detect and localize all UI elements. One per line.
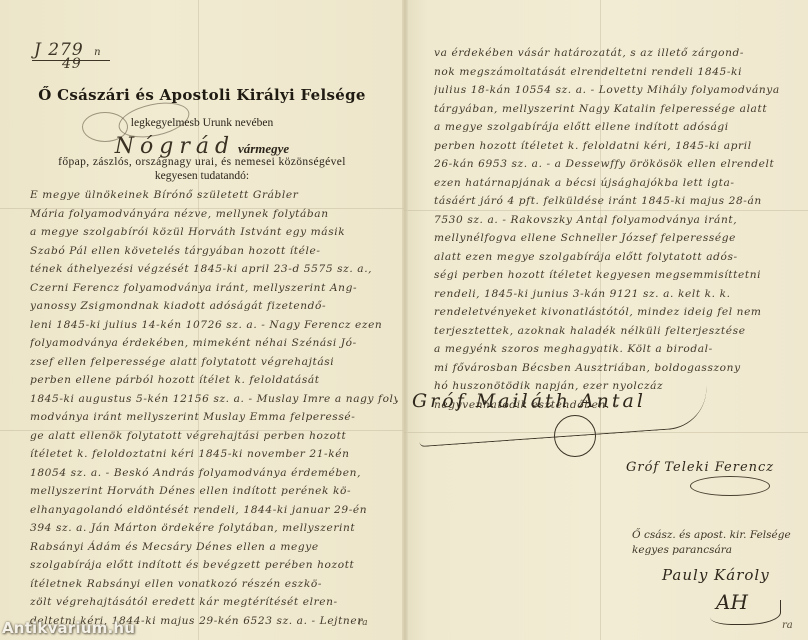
text-line: Szabó Pál ellen követelés tárgyában hozo…: [30, 242, 398, 261]
reference-number: J 279 n 49: [34, 40, 102, 60]
printed-title: Ő Császári és Apostoli Királyi Felsége: [0, 86, 404, 104]
text-line: a megye szolgabírói közül Horváth István…: [30, 223, 398, 242]
signature-pauly: Pauly Károly: [662, 566, 770, 584]
text-line: folyamodványa érdekében, mimeként néhai …: [30, 334, 398, 353]
text-line: yanossy Zsigmondnak kiadott adóságát fiz…: [30, 297, 398, 316]
text-line: modványa iránt mellyszerint Muslay Emma …: [30, 408, 398, 427]
text-line: 26-kán 6953 sz. a. - a Dessewffy örökösö…: [434, 155, 804, 174]
reference-suffix: n: [94, 47, 101, 58]
text-line: tásáért járó 4 pft. felküldése iránt 184…: [434, 192, 804, 211]
printed-county-suffix: vármegye: [238, 141, 289, 156]
text-line: 394 sz. a. Ján Márton ördekére folytában…: [30, 519, 398, 538]
text-line: tének áthelyezési végzését 1845-ki april…: [30, 260, 398, 279]
text-line: leni 1845-ki julius 14-kén 10726 sz. a. …: [30, 316, 398, 335]
text-line: szolgabírája előtt indított és bevégzett…: [30, 556, 398, 575]
handwritten-body-right: va érdekében vásár határozatát, s az ill…: [434, 44, 804, 414]
text-line: rendeletvényeket kivonatlástótól, mindez…: [434, 303, 804, 322]
catchword: ra: [782, 620, 793, 631]
text-line: rendeli, 1845-ki junius 3-kán 9121 sz. a…: [434, 285, 804, 304]
reference-sub: 49: [62, 56, 82, 72]
text-line: Mária folyamodványára nézve, mellynek fo…: [30, 205, 398, 224]
text-line: 18054 sz. a. - Beskó András folyamodvány…: [30, 464, 398, 483]
signature-flourish: [554, 415, 596, 457]
text-line: mellynélfogva ellene Schneller József fe…: [434, 229, 804, 248]
text-line: ítéletnek Rabsányi ellen vonatkozó részé…: [30, 575, 398, 594]
text-line: tárgyában, mellyszerint Nagy Katalin fel…: [434, 100, 804, 119]
text-line: a megye szolgabírája előtt ellene indíto…: [434, 118, 804, 137]
text-line: a megyénk szoros meghagyatik. Költ a bir…: [434, 340, 804, 359]
text-line: va érdekében vásár határozatát, s az ill…: [434, 44, 804, 63]
reference-underline: [32, 60, 110, 61]
signature-teleki: Gróf Teleki Ferencz: [626, 460, 774, 475]
text-line: ge alatt ellenök folytatott végrehajtási…: [30, 427, 398, 446]
text-line: mellyszerint Horváth Dénes ellen indítot…: [30, 482, 398, 501]
text-line: ítéletet k. feloldoztatni kéri 1845-ki n…: [30, 445, 398, 464]
handwritten-body-left: E megye ülnökeinek Bírónő született Gráb…: [30, 186, 398, 630]
text-line: alatt ezen megye szolgabírája előtt foly…: [434, 248, 804, 267]
text-line: mi fővárosban Bécsben Ausztriában, boldo…: [434, 359, 804, 378]
text-line: ezen határnapjának a bécsi újsághajókba …: [434, 174, 804, 193]
signature-flourish: [710, 600, 781, 625]
right-page: va érdekében vásár határozatát, s az ill…: [404, 0, 808, 640]
closing-line: kegyes parancsára: [632, 543, 791, 558]
text-line: 1845-ki augustus 5-kén 12156 sz. a. - Mu…: [30, 390, 398, 409]
document-spread: J 279 n 49 Ő Császári és Apostoli Király…: [0, 0, 808, 640]
text-line: perben ellene párból hozott ítélet k. fe…: [30, 371, 398, 390]
text-line: Czerni Ferencz folyamodványa iránt, mell…: [30, 279, 398, 298]
watermark-logo: Antikvarium.hu: [2, 619, 135, 637]
text-line: perben hozott ítéletet k. feloldatni kér…: [434, 137, 804, 156]
closing-formula: Ő csász. és apost. kir. Felsége kegyes p…: [632, 528, 791, 558]
printed-line-fopap: főpap, zászlós, országnagy urai, és neme…: [0, 156, 404, 168]
text-line: E megye ülnökeinek Bírónő született Gráb…: [30, 186, 398, 205]
closing-line: Ő csász. és apost. kir. Felsége: [632, 528, 791, 543]
text-line: Rabsányi Ádám és Mecsáry Dénes ellen a m…: [30, 538, 398, 557]
text-line: elhanyagolandó eldöntését rendeli, 1844-…: [30, 501, 398, 520]
signature-flourish: [690, 476, 770, 496]
left-page: J 279 n 49 Ő Császári és Apostoli Király…: [0, 0, 404, 640]
catchword: ra: [358, 618, 368, 628]
text-line: terjesztettek, azoknak haladék nélküli f…: [434, 322, 804, 341]
text-line: nok megszámoltatását elrendeltetni rende…: [434, 63, 804, 82]
center-fold: [402, 0, 408, 640]
text-line: 7530 sz. a. - Rakovszky Antal folyamodvá…: [434, 211, 804, 230]
text-line: zölt végrehajtásától eredett kár megtérí…: [30, 593, 398, 612]
printed-line-urunk: legkegyelmesb Urunk nevében: [0, 117, 404, 129]
printed-line-kegyesen: kegyesen tudatandó:: [0, 170, 404, 182]
text-line: julius 18-kán 10554 sz. a. - Lovetty Mih…: [434, 81, 804, 100]
text-line: zsef ellen felperessége alatt folytatott…: [30, 353, 398, 372]
text-line: ségi perben hozott ítéletet kegyesen meg…: [434, 266, 804, 285]
